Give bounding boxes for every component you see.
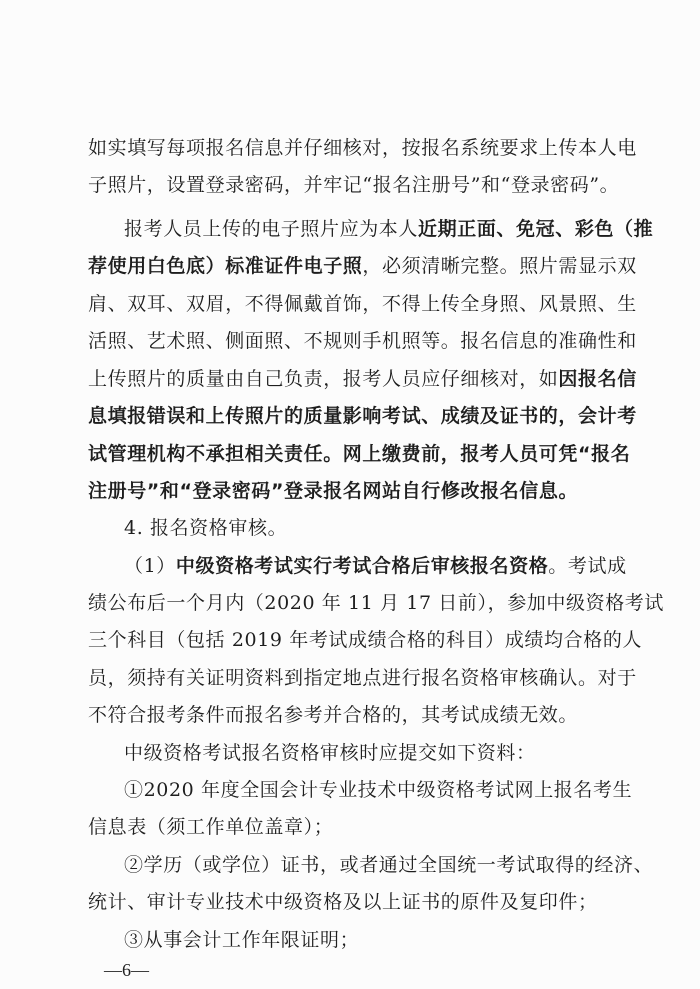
text: 员，须持有关证明资料到指定地点进行报名资格审核确认。对于 [88, 667, 637, 689]
text: 肩、双耳、双眉，不得佩戴首饰，不得上传全身照、风景照、生 [88, 293, 637, 315]
bold-text: 荐使用白色底）标准证件电子照 [88, 255, 362, 277]
list-item: ②学历（或学位）证书，或者通过全国统一考试取得的经济、 [124, 847, 638, 884]
text-line: 如实填写每项报名信息并仔细核对，按报名系统要求上传本人电 [88, 130, 638, 167]
text-line: 中级资格考试报名资格审核时应提交如下资料： [124, 735, 638, 772]
text: 如实填写每项报名信息并仔细核对，按报名系统要求上传本人电 [88, 137, 637, 159]
text: ③从事会计工作年限证明； [124, 929, 359, 951]
text-line: 信息表（须工作单位盖章）； [88, 809, 638, 846]
bold-text: 注册号”和“登录密码”登录报名网站自行修改报名信息。 [88, 480, 578, 502]
text-line: 员，须持有关证明资料到指定地点进行报名资格审核确认。对于 [88, 660, 638, 697]
text-line: 子照片，设置登录密码，并牢记“报名注册号”和“登录密码”。 [88, 167, 638, 204]
text: ②学历（或学位）证书，或者通过全国统一考试取得的经济、 [124, 854, 653, 876]
bold-text: 近期正面、免冠、彩色（推 [418, 218, 653, 240]
text: 4. 报名资格审核。 [124, 517, 287, 539]
text: 报考人员上传的电子照片应为本人 [124, 218, 418, 240]
bold-text: 息填报错误和上传照片的质量影响考试、成绩及证书的，会计考 [88, 405, 637, 427]
text: 统计、审计专业技术中级资格及以上证书的原件及复印件； [88, 891, 598, 913]
text-line: 注册号”和“登录密码”登录报名网站自行修改报名信息。 [88, 473, 638, 510]
text-line: 息填报错误和上传照片的质量影响考试、成绩及证书的，会计考 [88, 398, 638, 435]
section-heading: 4. 报名资格审核。 [124, 510, 638, 547]
page-number: —6— [104, 960, 149, 981]
text-line: 上传照片的质量由自己负责，报考人员应仔细核对，如因报名信 [88, 361, 638, 398]
text-line: 活照、艺术照、侧面照、不规则手机照等。报名信息的准确性和 [88, 323, 638, 360]
text-line: 不符合报考条件而报名参考并合格的，其考试成绩无效。 [88, 697, 638, 734]
text: 绩公布后一个月内（2020 年 11 月 17 日前），参加中级资格考试 [88, 592, 664, 614]
text-line: （1）中级资格考试实行考试合格后审核报名资格。考试成 [124, 548, 638, 585]
text-line: 报考人员上传的电子照片应为本人近期正面、免冠、彩色（推 [124, 211, 638, 248]
list-item: ①2020 年度全国会计专业技术中级资格考试网上报名考生 [124, 772, 638, 809]
text: 子照片，设置登录密码，并牢记“报名注册号”和“登录密码”。 [88, 174, 619, 196]
list-item: ③从事会计工作年限证明； [124, 922, 638, 959]
text: 信息表（须工作单位盖章）； [88, 816, 333, 838]
bold-text: 因报名信 [558, 368, 636, 390]
text: ①2020 年度全国会计专业技术中级资格考试网上报名考生 [124, 779, 632, 801]
bold-text: 中级资格考试实行考试合格后审核报名资格 [176, 555, 548, 577]
text: 中级资格考试报名资格审核时应提交如下资料： [124, 742, 536, 764]
text-line: 肩、双耳、双眉，不得佩戴首饰，不得上传全身照、风景照、生 [88, 286, 638, 323]
text: 上传照片的质量由自己负责，报考人员应仔细核对，如 [88, 368, 558, 390]
text: 不符合报考条件而报名参考并合格的，其考试成绩无效。 [88, 704, 578, 726]
text-line: 统计、审计专业技术中级资格及以上证书的原件及复印件； [88, 884, 638, 921]
text: （1） [124, 555, 176, 577]
text: 三个科目（包括 2019 年考试成绩合格的科目）成绩均合格的人 [88, 629, 642, 651]
text: ，必须清晰完整。照片需显示双 [362, 255, 636, 277]
text-line: 试管理机构不承担相关责任。网上缴费前，报考人员可凭“报名 [88, 436, 638, 473]
bold-text: 试管理机构不承担相关责任。网上缴费前，报考人员可凭“报名 [88, 443, 630, 465]
text-line: 绩公布后一个月内（2020 年 11 月 17 日前），参加中级资格考试 [88, 585, 638, 622]
text: 活照、艺术照、侧面照、不规则手机照等。报名信息的准确性和 [88, 330, 637, 352]
text: 。考试成 [548, 555, 626, 577]
document-page: 如实填写每项报名信息并仔细核对，按报名系统要求上传本人电 子照片，设置登录密码，… [0, 0, 700, 989]
text-line: 三个科目（包括 2019 年考试成绩合格的科目）成绩均合格的人 [88, 622, 638, 659]
text-line: 荐使用白色底）标准证件电子照，必须清晰完整。照片需显示双 [88, 248, 638, 285]
